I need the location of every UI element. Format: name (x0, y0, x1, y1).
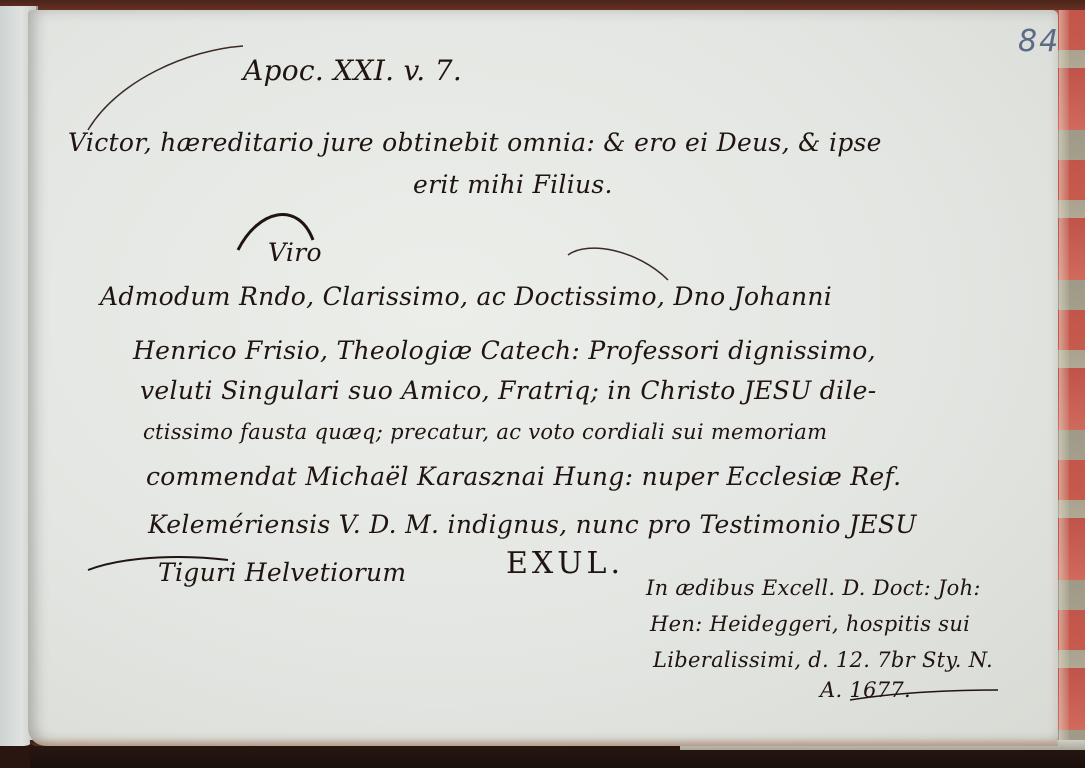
exul-signature: EXUL. (506, 546, 624, 581)
colophon-line-1: In ædibus Excell. D. Doct: Joh: (646, 576, 981, 600)
colophon-line-3: Liberalissimi, d. 12. 7br Sty. N. (653, 648, 993, 672)
colophon-line-2: Hen: Heideggeri, hospitis sui (650, 612, 970, 636)
dedication-line-3: Henrico Frisio, Theologiæ Catech: Profes… (133, 336, 876, 365)
verse-line-2: erit mihi Filius. (413, 170, 613, 199)
dedication-line-2: Admodum Rndo, Clarissimo, ac Doctissimo,… (100, 282, 832, 311)
dedication-line-4: veluti Singulari suo Amico, Fratriq; in … (140, 376, 876, 405)
dedication-line-6: commendat Michaël Karasznai Hung: nuper … (146, 462, 901, 491)
dedication-line-5: ctissimo fausta quæq; precatur, ac voto … (143, 420, 827, 444)
page-number: 84 (1018, 24, 1060, 59)
verse-line-1: Victor, hæreditario jure obtinebit omnia… (68, 128, 882, 157)
dedication-line-7: Kelemériensis V. D. M. indignus, nunc pr… (148, 510, 917, 539)
manuscript-photo: 84 Apoc. XXI. v. 7. Victor, hæreditario … (0, 0, 1085, 768)
dedication-line-8: Tiguri Helvetiorum (158, 558, 406, 587)
scripture-reference: Apoc. XXI. v. 7. (243, 54, 462, 87)
dedication-line-1: Viro (268, 238, 322, 267)
manuscript-page: 84 Apoc. XXI. v. 7. Victor, hæreditario … (28, 10, 1058, 746)
colophon-date: A. 1677. (820, 678, 911, 702)
